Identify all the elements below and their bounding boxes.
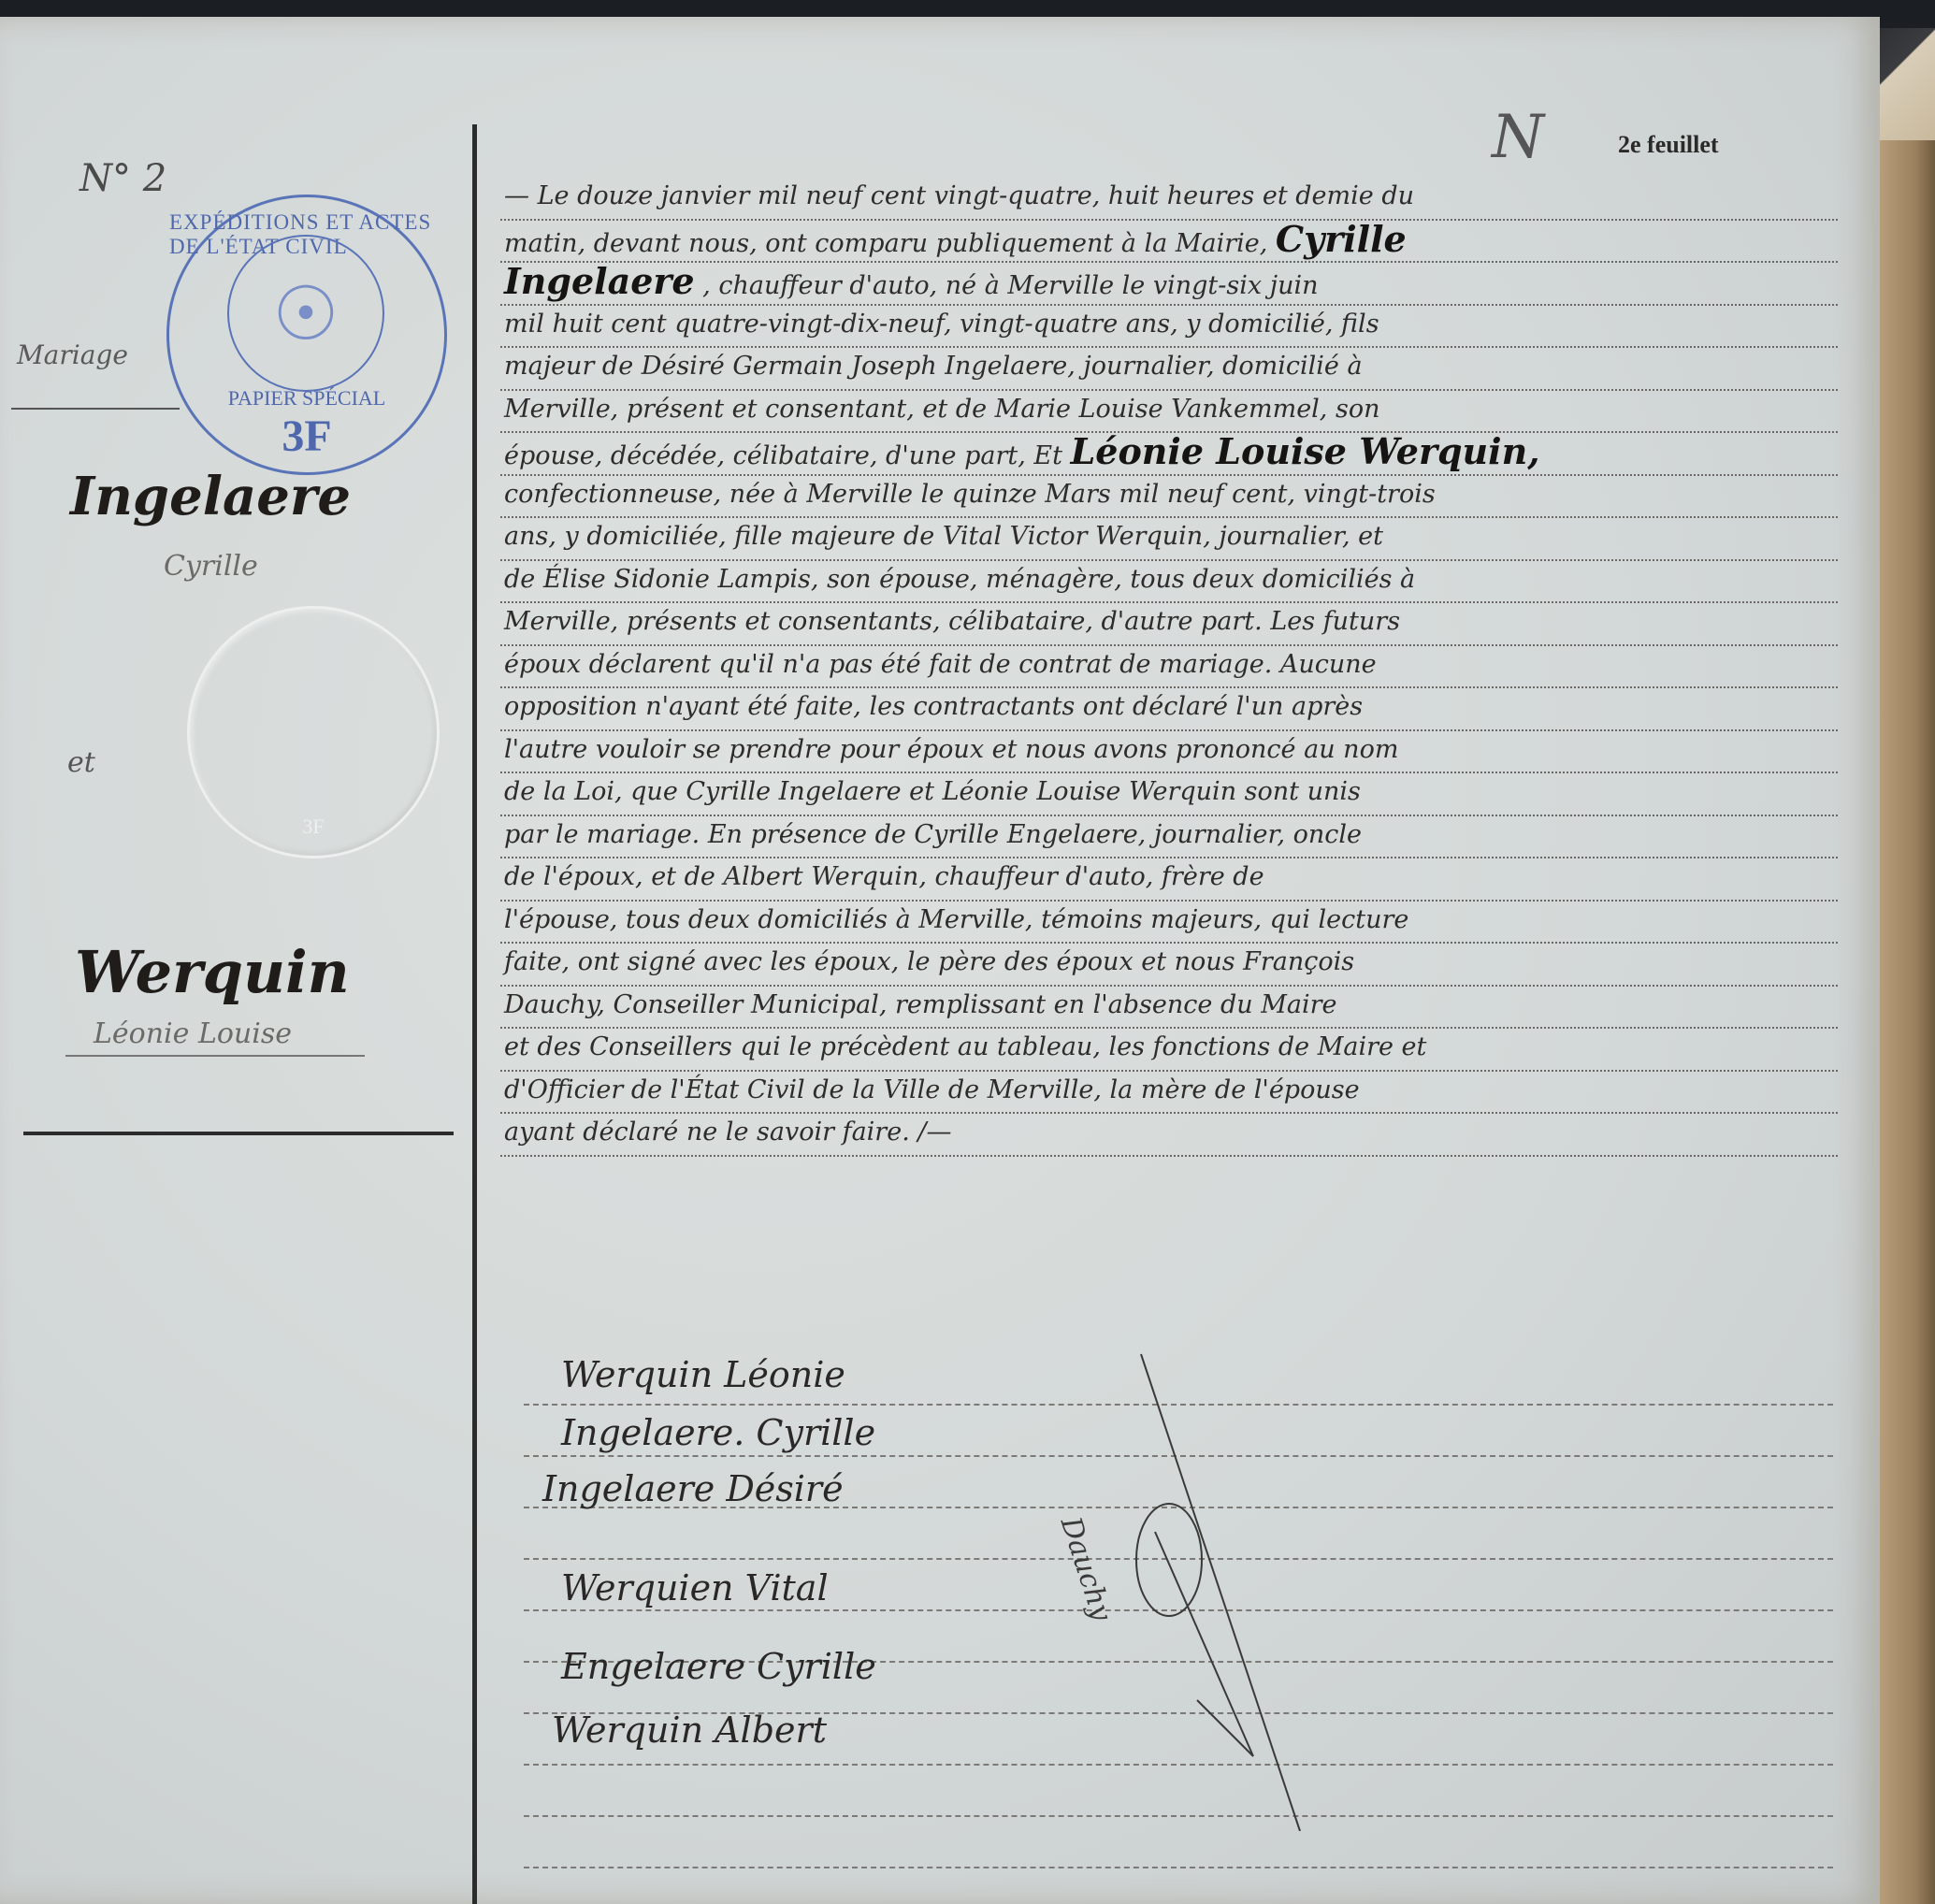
act-line-1: — Le douze janvier mil neuf cent vingt-q… <box>500 178 1838 221</box>
signature-witness-2: Werquin Albert <box>552 1709 827 1751</box>
act-line-9: ans, y domiciliée, fille majeure de Vita… <box>500 518 1838 561</box>
groom-firstname: Cyrille <box>164 550 258 583</box>
sheet-label: 2e feuillet <box>1618 131 1719 159</box>
act-line-18: l'épouse, tous deux domiciliés à Mervill… <box>500 902 1838 945</box>
act-line-15: de la Loi, que Cyrille Ingelaere et Léon… <box>500 773 1838 816</box>
act-text: — Le douze janvier mil neuf cent vingt-q… <box>500 178 1838 1157</box>
act-number: N° 2 <box>79 157 166 200</box>
act-line-7: épouse, décédée, célibataire, d'une part… <box>500 433 1838 476</box>
signature-witness-1: Engelaere Cyrille <box>561 1646 876 1687</box>
signature-groom: Ingelaere. Cyrille <box>561 1412 875 1453</box>
marianne-medallion-icon: ☉ <box>227 235 384 392</box>
groom-surname-emphasis: Ingelaere <box>504 263 695 302</box>
officer-signature-flourish-icon <box>1113 1345 1328 1831</box>
act-line-3-text: , chauffeur d'auto, né à Merville le vin… <box>695 271 1319 300</box>
embossed-seal-icon: 3F <box>187 606 440 858</box>
signature-bride: Werquin Léonie <box>561 1354 845 1395</box>
embossed-seal-price: 3F <box>302 815 324 839</box>
act-line-7-text: épouse, décédée, célibataire, d'une part… <box>504 441 1071 470</box>
act-line-2-text: matin, devant nous, ont comparu publique… <box>504 229 1276 258</box>
act-line-16: par le mariage. En présence de Cyrille E… <box>500 816 1838 859</box>
folio-mark: N <box>1492 103 1544 172</box>
margin-column: N° 2 Mariage EXPÉDITIONS ET ACTES DE L'É… <box>0 17 472 1904</box>
bride-fullname-emphasis: Léonie Louise Werquin, <box>1071 433 1540 472</box>
act-line-5: majeur de Désiré Germain Joseph Ingelaer… <box>500 348 1838 391</box>
groom-surname: Ingelaere <box>70 466 351 527</box>
act-line-12: époux déclarent qu'il n'a pas été fait d… <box>500 646 1838 689</box>
margin-end-rule <box>23 1132 454 1135</box>
act-line-2: matin, devant nous, ont comparu publique… <box>500 221 1838 264</box>
register-page: N° 2 Mariage EXPÉDITIONS ET ACTES DE L'É… <box>0 17 1880 1904</box>
signature-bride-father: Werquien Vital <box>561 1567 829 1608</box>
act-line-10: de Élise Sidonie Lampis, son épouse, mén… <box>500 561 1838 604</box>
bride-firstname-underline <box>65 1055 365 1057</box>
act-line-8: confectionneuse, née à Merville le quinz… <box>500 476 1838 519</box>
act-line-14: l'autre vouloir se prendre pour époux et… <box>500 731 1838 774</box>
act-line-23: ayant déclaré ne le savoir faire. /— <box>500 1114 1838 1157</box>
act-line-6: Merville, présent et consentant, et de M… <box>500 391 1838 434</box>
act-line-11: Merville, présents et consentants, célib… <box>500 603 1838 646</box>
stamp-price: 3F <box>169 411 444 462</box>
act-type: Mariage <box>17 339 128 370</box>
groom-firstname-emphasis: Cyrille <box>1276 221 1407 260</box>
act-line-13: opposition n'ayant été faite, les contra… <box>500 688 1838 731</box>
act-type-underline <box>11 408 180 410</box>
act-line-22: d'Officier de l'État Civil de la Ville d… <box>500 1072 1838 1115</box>
act-line-17: de l'époux, et de Albert Werquin, chauff… <box>500 858 1838 902</box>
signature-groom-father: Ingelaere Désiré <box>542 1468 844 1509</box>
act-line-20: Dauchy, Conseiller Municipal, remplissan… <box>500 987 1838 1030</box>
act-line-21: et des Conseillers qui le précèdent au t… <box>500 1029 1838 1072</box>
fiscal-stamp: EXPÉDITIONS ET ACTES DE L'ÉTAT CIVIL ☉ P… <box>166 195 447 475</box>
conjunction-et: et <box>67 746 95 779</box>
act-line-19: faite, ont signé avec les époux, le père… <box>500 944 1838 987</box>
bride-firstname: Léonie Louise <box>94 1017 292 1050</box>
act-line-4: mil huit cent quatre-vingt-dix-neuf, vin… <box>500 306 1838 349</box>
margin-divider <box>472 124 477 1904</box>
stamp-label: PAPIER SPÉCIAL <box>169 386 444 411</box>
act-line-3: Ingelaere , chauffeur d'auto, né à Mervi… <box>500 263 1838 306</box>
bride-surname: Werquin <box>75 938 350 1006</box>
